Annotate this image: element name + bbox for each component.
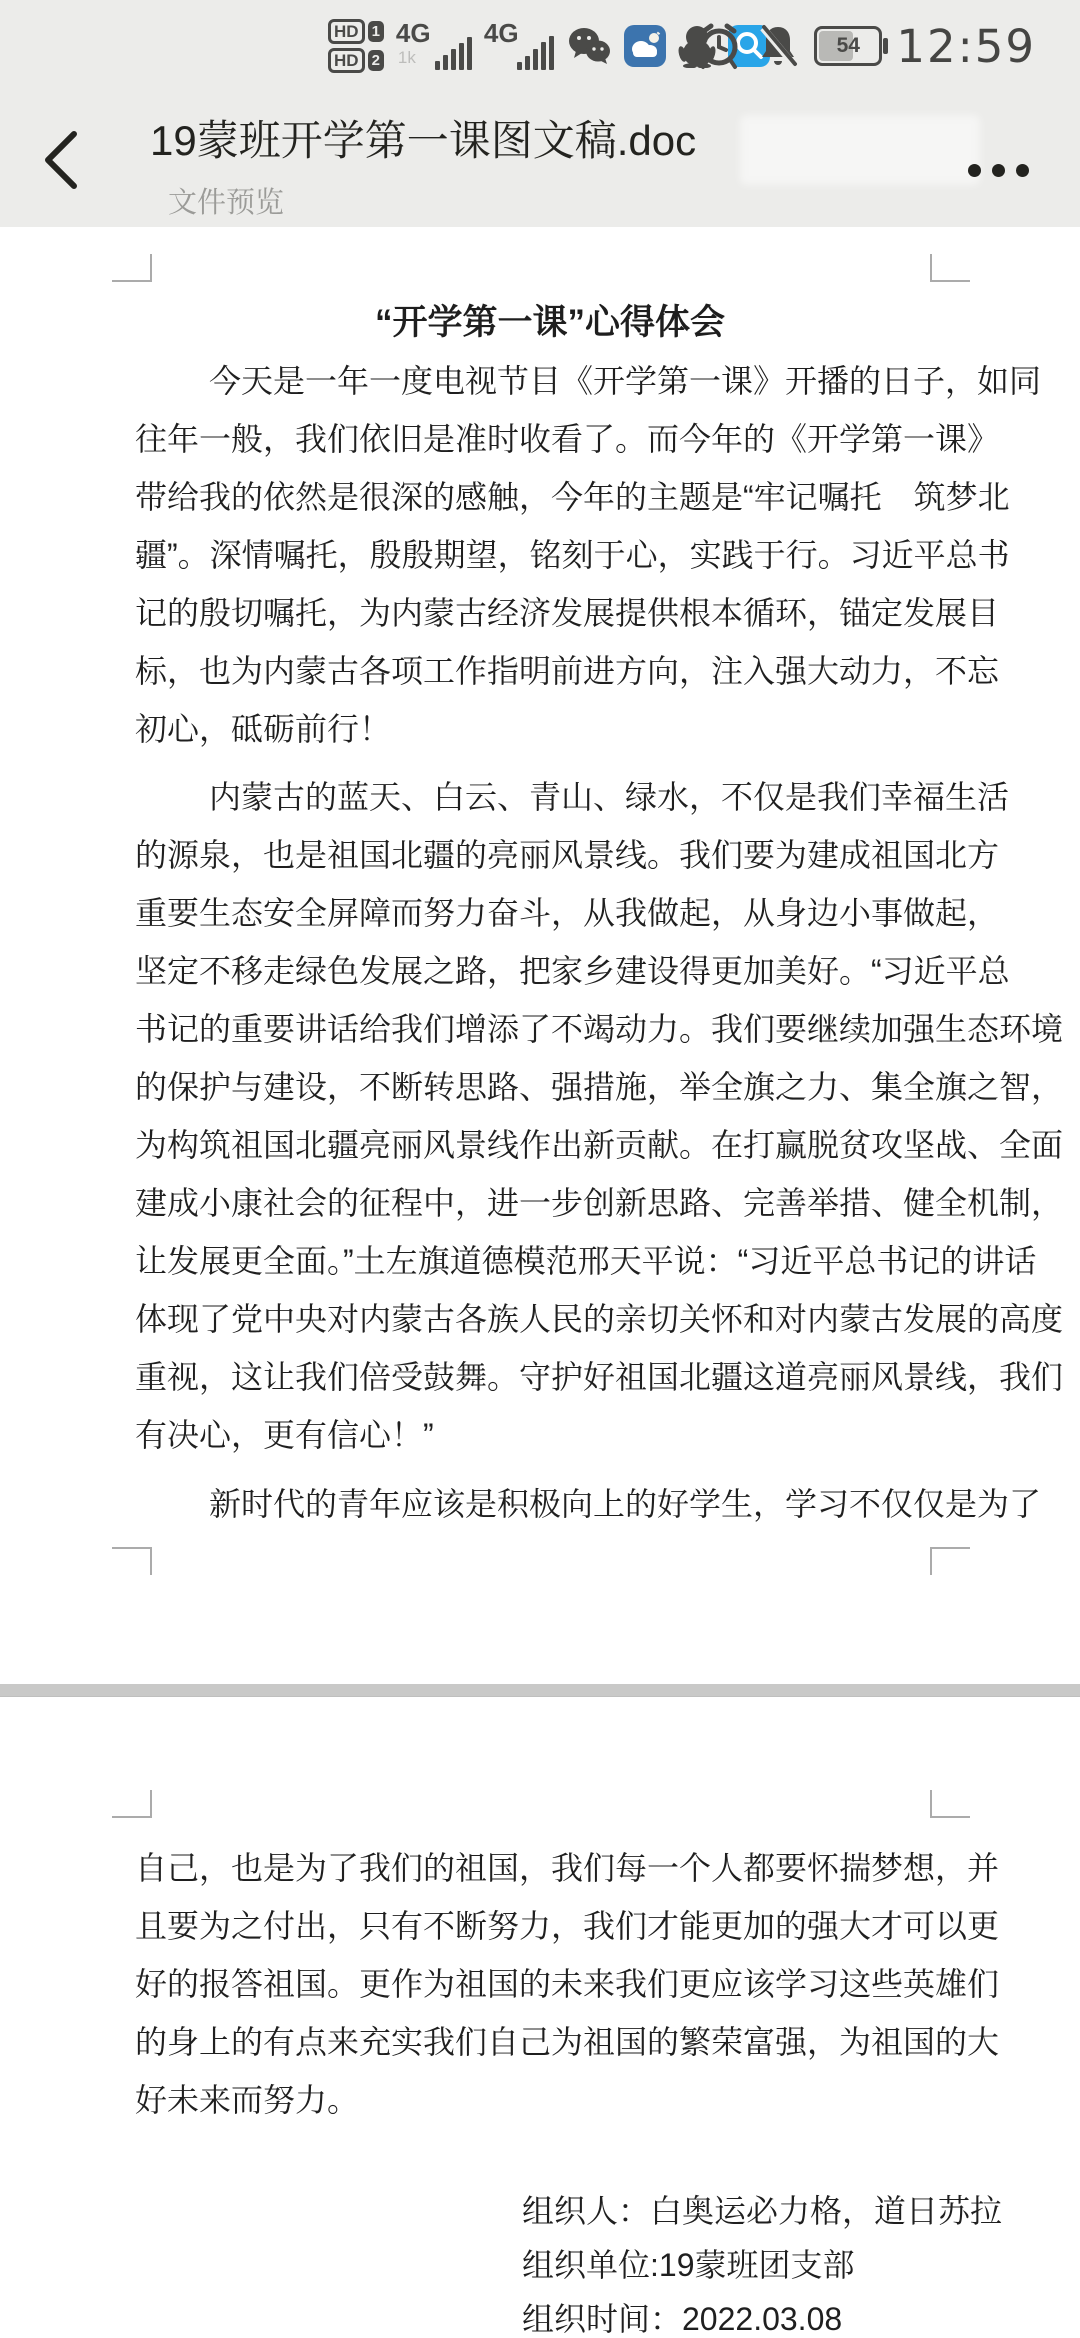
document-preview-area[interactable]: “开学第一课”心得体会 今天是一年一度电视节目《开学第一课》开播的日子，如同往年… (0, 227, 1080, 2338)
page1-top-left-mark (112, 254, 152, 282)
signal-bars-2 (517, 36, 554, 70)
page2-top-right-mark (930, 1790, 970, 1818)
text-line: 好未来而努力。 (135, 2071, 999, 2129)
page-separator (0, 1684, 1080, 1697)
text-line: 组织时间：2022.03.08 (522, 2292, 1002, 2338)
status-right-cluster: 54 12:59 (696, 10, 1036, 82)
text-line: 好的报答祖国。更作为祖国的未来我们更应该学习这些英雄们 (135, 1955, 999, 2013)
paragraph-3: 新时代的青年应该是积极向上的好学生，学习不仅仅是为了 (135, 1475, 1041, 1533)
hd-indicators: HD 1 HD 2 (328, 19, 384, 73)
text-line: 带给我的依然是很深的感触，今年的主题是“牢记嘱托 筑梦北 (135, 468, 1041, 526)
page1-bottom-right-mark (930, 1547, 970, 1575)
hd1-icon: HD 1 (328, 19, 384, 44)
hd2-icon: HD 2 (328, 48, 384, 73)
text-line: 自己，也是为了我们的祖国，我们每一个人都要怀揣梦想，并 (135, 1839, 999, 1897)
wechat-icon (566, 24, 612, 68)
text-line: 往年一般，我们依旧是准时收看了。而今年的《开学第一课》 (135, 410, 1041, 468)
hd2-sim-number: 2 (368, 50, 384, 71)
text-line: 建成小康社会的征程中，进一步创新思路、完善举措、健全机制， (135, 1174, 1063, 1232)
file-preview-label: 文件预览 (168, 180, 284, 221)
text-line: 让发展更全面。”土左旗道德模范邢天平说：“习近平总书记的讲话 (135, 1232, 1063, 1290)
mute-bell-icon (756, 21, 800, 71)
hd1-label: HD (328, 19, 365, 44)
text-line: 的源泉，也是祖国北疆的亮丽风景线。我们要为建成祖国北方 (135, 826, 1063, 884)
phone-screen: HD 1 HD 2 4G 1k 4G (0, 0, 1080, 2338)
text-line: 初心，砥砺前行！ (135, 700, 1041, 758)
status-bar: HD 1 HD 2 4G 1k 4G (0, 0, 1080, 90)
alarm-clock-icon (696, 21, 742, 71)
weather-icon (624, 25, 666, 67)
network1-label: 4G (396, 18, 431, 49)
text-line: 今天是一年一度电视节目《开学第一课》开播的日子，如同 (135, 352, 1041, 410)
signal-sim2-icon: 4G (484, 18, 554, 74)
back-button[interactable] (38, 128, 82, 192)
text-line: 且要为之付出，只有不断努力，我们才能更加的强大才可以更 (135, 1897, 999, 1955)
text-line: 重要生态安全屏障而努力奋斗，从我做起，从身边小事做起， (135, 884, 1063, 942)
text-line: 标，也为内蒙古各项工作指明前进方向，注入强大动力，不忘 (135, 642, 1041, 700)
file-title: 19蒙班开学第一课图文稿.doc (150, 108, 950, 168)
text-line: 为构筑祖国北疆亮丽风景线作出新贡献。在打赢脱贫攻坚战、全面 (135, 1116, 1063, 1174)
text-line: 记的殷切嘱托，为内蒙古经济发展提供根本循环，锚定发展目 (135, 584, 1041, 642)
document-title: “开学第一课”心得体会 (135, 295, 965, 345)
file-preview-header: 19蒙班开学第一课图文稿.doc 文件预览 (0, 90, 1080, 227)
signal-sim1-icon: 4G 1k (396, 18, 472, 74)
signal-bars-1 (435, 37, 472, 70)
paragraph-4: 自己，也是为了我们的祖国，我们每一个人都要怀揣梦想，并且要为之付出，只有不断努力… (135, 1839, 999, 2129)
paragraph-2: 内蒙古的蓝天、白云、青山、绿水，不仅是我们幸福生活的源泉，也是祖国北疆的亮丽风景… (135, 768, 1063, 1464)
text-line: 内蒙古的蓝天、白云、青山、绿水，不仅是我们幸福生活 (135, 768, 1063, 826)
page1-bottom-left-mark (112, 1547, 152, 1575)
page2-top-left-mark (112, 1790, 152, 1818)
text-line: 疆”。深情嘱托，殷殷期望，铭刻于心，实践于行。习近平总书 (135, 526, 1041, 584)
paragraph-1: 今天是一年一度电视节目《开学第一课》开播的日子，如同往年一般，我们依旧是准时收看… (135, 352, 1041, 758)
organizer-info: 组织人：白奥运必力格，道日苏拉组织单位:19蒙班团支部组织时间：2022.03.… (522, 2184, 1002, 2338)
battery-percent: 54 (817, 34, 879, 58)
text-line: 新时代的青年应该是积极向上的好学生，学习不仅仅是为了 (135, 1475, 1041, 1533)
network1-speed: 1k (398, 48, 416, 68)
text-line: 有决心，更有信心！” (135, 1406, 1063, 1464)
hd2-label: HD (328, 48, 365, 73)
more-button[interactable] (968, 150, 1048, 190)
hd1-sim-number: 1 (368, 21, 384, 42)
text-line: 坚定不移走绿色发展之路，把家乡建设得更加美好。“习近平总 (135, 942, 1063, 1000)
text-line: 组织人：白奥运必力格，道日苏拉 (522, 2184, 1002, 2238)
text-line: 书记的重要讲话给我们增添了不竭动力。我们要继续加强生态环境 (135, 1000, 1063, 1058)
text-line: 体现了党中央对内蒙古各族人民的亲切关怀和对内蒙古发展的高度 (135, 1290, 1063, 1348)
battery-nub (883, 38, 888, 54)
page1-top-right-mark (930, 254, 970, 282)
text-line: 重视，这让我们倍受鼓舞。守护好祖国北疆这道亮丽风景线，我们 (135, 1348, 1063, 1406)
status-time: 12:59 (896, 20, 1036, 73)
text-line: 的身上的有点来充实我们自己为祖国的繁荣富强，为祖国的大 (135, 2013, 999, 2071)
battery-icon: 54 (814, 26, 882, 66)
text-line: 的保护与建设，不断转思路、强措施，举全旗之力、集全旗之智， (135, 1058, 1063, 1116)
network2-label: 4G (484, 18, 519, 49)
text-line: 组织单位:19蒙班团支部 (522, 2238, 1002, 2292)
